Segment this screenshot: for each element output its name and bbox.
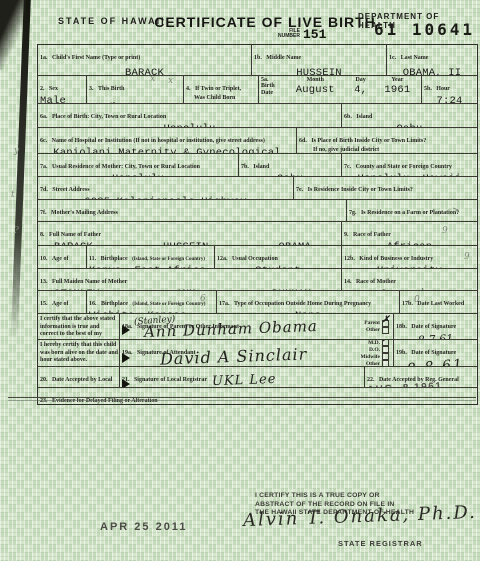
field-mother-name: 13. Full Maiden Name of Mother STANLEY A… <box>38 269 341 290</box>
row-street-address: 7d. Street Address 6085 Kalanianaole Hig… <box>38 176 477 199</box>
local-registrar-signature-value: UKL Lee <box>212 372 277 387</box>
arrow-icon <box>122 379 130 387</box>
father-birthplace-value: Kenya, East Africa <box>89 265 212 268</box>
row-father-details: 10. Age of Father 25 11. Birthplace (Isl… <box>38 245 477 268</box>
pencil-mark: ? <box>14 226 19 236</box>
checkbox-midwife[interactable] <box>382 353 389 360</box>
field-island-7b: 7b. Island Oahu <box>238 154 341 176</box>
father-last-name: OBAMA <box>278 241 311 245</box>
field-mother-occupation: 17a. Type of Occupation Outside Home Dur… <box>216 291 399 313</box>
field-birth-hour: 5b. Hour 7:24 P.M. <box>421 76 477 103</box>
check-x-icon: ✗ <box>107 102 115 103</box>
checkbox-other-attendant[interactable] <box>382 360 389 366</box>
field-birth-date: 5a. Birth Date Month August Day 4, Year … <box>258 76 421 103</box>
row-place-of-birth: 6a. Place of Birth: City, Town or Rural … <box>38 103 477 127</box>
birth-month-value: August <box>285 84 346 96</box>
row-hospital: 6c. Name of Hospital or Institution (If … <box>38 127 477 153</box>
row-parent-signature: I certify that the above stated informat… <box>38 313 477 339</box>
field-father-race: 9. Race of Father African <box>341 222 477 245</box>
pencil-mark: t <box>11 190 15 200</box>
birth-certificate-document: STATE OF HAWAII CERTIFICATE OF LIVE BIRT… <box>0 0 480 561</box>
pencil-mark: 0 <box>414 295 420 305</box>
pencil-mark: > <box>452 206 460 216</box>
row-father-name: 8. Full Name of Father BARACK HUSSEIN OB… <box>38 221 477 245</box>
field-local-registrar-signature: 21. Signature of Local Registrar UKL Lee <box>119 367 364 387</box>
attendant-certification-text: I hereby certify that this child was bor… <box>38 340 119 366</box>
field-street-address: 7d. Street Address 6085 Kalanianaole Hig… <box>38 177 293 199</box>
date-received-stamp: APR 25 2011 <box>100 521 187 533</box>
row-mother-details: 15. Age of Mother 18 16. Birthplace (Isl… <box>38 290 477 313</box>
field-place-of-birth: 6a. Place of Birth: City, Town or Rural … <box>38 104 341 127</box>
field-mother-birthplace: 16. Birthplace (Island, State or Foreign… <box>86 291 216 313</box>
certificate-form: 1a. Child's First Name (Type or print) B… <box>37 44 478 405</box>
hospital-value: Kapiolani Maternity & Gynecological Hosp… <box>40 147 294 153</box>
attendant-signature-date-value: 8-8-61 <box>395 356 475 366</box>
father-race-value: African <box>344 241 475 245</box>
field-delayed-filing: 23. Evidence for Delayed Filing or Alter… <box>38 388 477 404</box>
pencil-mark: 9 <box>464 252 470 262</box>
child-middle-name-value: HUSSEIN <box>254 67 384 75</box>
sex-value: Male <box>40 95 84 103</box>
field-child-first-name: 1a. Child's First Name (Type or print) B… <box>38 45 251 75</box>
file-number-label: FILENUMBER <box>278 29 300 39</box>
field-birth-city-limits: 6d. Is Place of Birth Inside City or Tow… <box>296 128 477 153</box>
page-corner-shadow <box>0 0 26 70</box>
field-parent-signature: 18a. Signature of Parent or Other Inform… <box>119 314 393 339</box>
field-attendant-signature-date: 19b. Date of Signature 8-8-61 <box>393 340 477 366</box>
row-mailing-address: 7f. Mother's Mailing Address 7g. Is Resi… <box>38 199 477 221</box>
mother-last-name: DUNHAM <box>272 288 311 290</box>
row-registrar: 20. Date Accepted by Local Reg. AUG -8 1… <box>38 366 477 387</box>
field-date-last-worked: 17b. Date Last Worked <box>399 291 477 313</box>
field-child-last-name: 1c. Last Name OBAMA, II <box>386 45 477 75</box>
place-of-birth-value: Honolulu <box>40 123 339 127</box>
check-x-icon: ✗ <box>382 340 390 342</box>
pencil-mark: x <box>168 76 173 86</box>
island-6b-value: Oahu <box>344 123 475 127</box>
file-number-value: 151 <box>303 27 326 42</box>
informant-certification-text: I certify that the above stated informat… <box>38 314 119 339</box>
field-date-accepted-general: 22. Date Accepted by Reg. General AUG -8… <box>364 367 477 387</box>
pencil-mark: 6 <box>200 294 206 304</box>
checkbox-parent[interactable]: ✗ <box>382 320 389 327</box>
field-date-accepted-local: 20. Date Accepted by Local Reg. AUG -8 1… <box>38 367 119 387</box>
row-mother-name: 13. Full Maiden Name of Mother STANLEY A… <box>38 268 477 290</box>
row-child-name: 1a. Child's First Name (Type or print) B… <box>38 45 477 75</box>
mother-race-value: Caucasian <box>344 288 475 290</box>
row-delayed-filing: 23. Evidence for Delayed Filing or Alter… <box>38 387 477 404</box>
check-x-icon: ✗ <box>382 317 390 323</box>
field-residence-city-limits: 7e. Is Residence Inside City or Town Lim… <box>293 177 477 199</box>
birth-hour-value: 7:24 P.M. <box>424 95 475 103</box>
mother-middle-name: ANN <box>176 288 196 290</box>
field-hospital: 6c. Name of Hospital or Institution (If … <box>38 128 296 153</box>
document-title: CERTIFICATE OF LIVE BIRTH <box>150 14 380 30</box>
state-registrar-title: STATE REGISTRAR <box>338 539 423 548</box>
pencil-mark: 9 <box>442 226 448 236</box>
child-first-name-value: BARACK <box>40 67 249 75</box>
row-sex-birth-date: 2. Sex Male 3. This Birth Single✗ Twin T… <box>38 75 477 103</box>
island-7b-value: Oahu <box>241 173 339 176</box>
bottom-rule-shadow <box>8 400 476 401</box>
street-address-value: 6085 Kalanianaole Highway <box>40 196 291 199</box>
birth-year-value: 1961 <box>376 84 419 96</box>
field-mother-race: 14. Race of Mother Caucasian <box>341 269 477 290</box>
checkbox-do[interactable] <box>382 346 389 353</box>
field-mother-age: 15. Age of Mother 18 <box>38 291 86 313</box>
parent-signature-date-value: 8-7-61 <box>396 331 476 339</box>
child-last-name-value: OBAMA, II <box>389 67 475 75</box>
field-father-name: 8. Full Name of Father BARACK HUSSEIN OB… <box>38 222 341 245</box>
field-twin-order: 4. If Twin or Triplet, Was Child Born 1s… <box>183 76 258 103</box>
county-state-value: Honolulu, Hawaii <box>344 173 475 176</box>
mother-birthplace-value: Wichita, Kansas <box>89 310 214 313</box>
mother-occupation-value: None <box>219 310 397 313</box>
field-county-state: 7c. County and State or Foreign Country … <box>341 154 477 176</box>
mother-first-name: STANLEY <box>54 288 100 290</box>
field-mother-residence: 7a. Usual Residence of Mother: City, Tow… <box>38 154 238 176</box>
row-mother-residence: 7a. Usual Residence of Mother: City, Tow… <box>38 153 477 176</box>
field-mailing-address: 7f. Mother's Mailing Address <box>38 200 346 221</box>
checkbox-other-informant[interactable] <box>382 327 389 334</box>
father-occupation-value: Student <box>217 265 339 268</box>
field-island-6b: 6b. Island Oahu <box>341 104 477 127</box>
pencil-mark: x <box>150 74 155 84</box>
arrow-icon <box>122 353 130 363</box>
bottom-rule <box>8 397 476 398</box>
pencil-mark: y <box>14 146 19 156</box>
certificate-number-stamp: 61 10641 <box>374 20 475 39</box>
attendant-signature-value: David A Sinclair <box>160 344 308 366</box>
field-father-birthplace: 11. Birthplace (Island, State or Foreign… <box>86 246 214 268</box>
arrow-icon <box>122 325 130 335</box>
field-father-occupation: 12a. Usual Occupation Student <box>214 246 341 268</box>
father-industry-value: University <box>344 265 475 268</box>
field-father-industry: 12b. Kind of Business or Industry Univer… <box>341 246 477 268</box>
field-father-age: 10. Age of Father 25 <box>38 246 86 268</box>
field-parent-signature-date: 18b. Date of Signature 8-7-61 <box>393 314 477 339</box>
father-first-name: BARACK <box>54 241 93 245</box>
father-middle-name: HUSSEIN <box>163 241 209 245</box>
field-attendant-signature: 19a. Signature of Attendant David A Sinc… <box>119 340 393 366</box>
row-attendant-signature: I hereby certify that this child was bor… <box>38 339 477 366</box>
mother-residence-value: Honolulu <box>40 173 236 176</box>
birth-day-value: 4, <box>346 84 376 96</box>
field-sex: 2. Sex Male <box>38 76 86 103</box>
field-child-middle-name: 1b. Middle Name HUSSEIN <box>251 45 386 75</box>
